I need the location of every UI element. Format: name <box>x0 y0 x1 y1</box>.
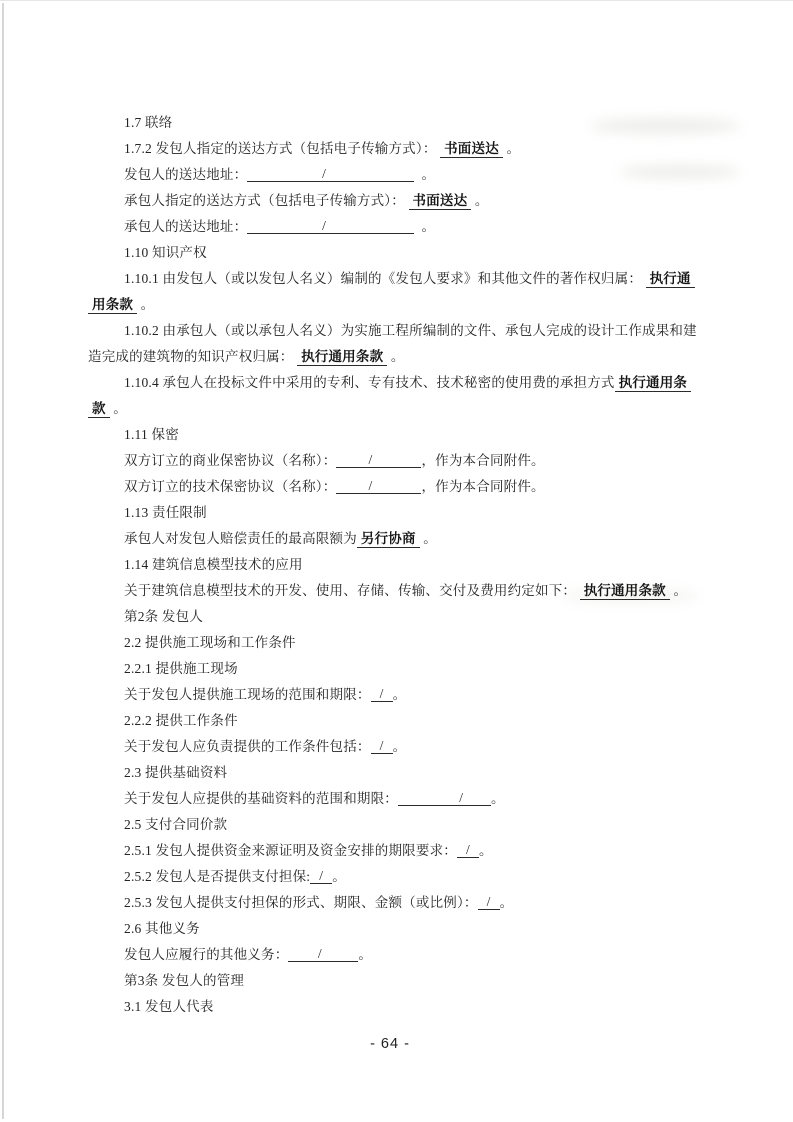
contract-line: 1.7 联络 <box>0 110 793 136</box>
contract-line: 2.5.1 发包人提供资金来源证明及资金安排的期限要求：/。 <box>0 838 793 864</box>
filled-value: 执行通用条款 <box>580 583 670 600</box>
text-run: 。 <box>332 869 346 884</box>
text-run: 2.3 提供基础资料 <box>124 765 227 780</box>
blank-fill-field: / <box>288 946 358 962</box>
contract-line: 2.6 其他义务 <box>0 916 793 942</box>
page-number: - 64 - <box>0 1031 780 1057</box>
slash-mark: / <box>380 686 384 702</box>
text-run: ，作为本合同附件。 <box>421 453 544 468</box>
contract-line: 关于发包人应负责提供的工作条件包括：/。 <box>0 734 793 760</box>
text-run: 1.10.1 由发包人（或以发包人名义）编制的《发包人要求》和其他文件的著作权归… <box>124 271 646 286</box>
filled-value: 执行通用条款 <box>297 349 387 366</box>
contract-line: 1.11 保密 <box>0 422 793 448</box>
text-run: 。 <box>358 947 372 962</box>
blank-fill-field: / <box>457 842 479 858</box>
text-run: 2.5.2 发包人是否提供支付担保: <box>124 869 310 884</box>
filled-value: 款 <box>88 401 110 418</box>
text-run: 发包人应履行的其他义务： <box>124 947 288 962</box>
text-run: 1.13 责任限制 <box>124 505 207 520</box>
contract-line: 承包人对发包人赔偿责任的最高限额为另行协商 。 <box>0 526 793 552</box>
filled-value: 书面送达 <box>409 193 472 210</box>
text-run: ，作为本合同附件。 <box>421 479 544 494</box>
text-run: 。 <box>110 401 127 416</box>
text-run: 1.10.2 由承包人（或以承包人名义）为实施工程所编制的文件、承包人完成的设计… <box>124 323 697 338</box>
slash-mark: / <box>322 166 326 182</box>
blank-fill-field: / <box>247 218 414 234</box>
contract-line: 关于发包人应提供的基础资料的范围和期限：/。 <box>0 786 793 812</box>
contract-line: 关于发包人提供施工现场的范围和期限：/。 <box>0 682 793 708</box>
text-run: 。 <box>137 297 154 312</box>
text-run: 2.2.2 提供工作条件 <box>124 713 238 728</box>
text-run: 1.11 保密 <box>124 427 179 442</box>
contract-line: 2.5.2 发包人是否提供支付担保:/。 <box>0 864 793 890</box>
text-run: 双方订立的技术保密协议（名称）： <box>124 479 336 494</box>
text-run: 1.14 建筑信息模型技术的应用 <box>124 557 303 572</box>
contract-line: 关于建筑信息模型技术的开发、使用、存储、传输、交付及费用约定如下： 执行通用条款… <box>0 578 793 604</box>
contract-line: 第2条 发包人 <box>0 604 793 630</box>
text-run: 造完成的建筑物的知识产权归属： <box>88 349 297 364</box>
text-run: 关于发包人提供施工现场的范围和期限： <box>124 687 371 702</box>
contract-line: 款 。 <box>0 396 793 422</box>
slash-mark: / <box>380 738 384 754</box>
text-run: 第3条 发包人的管理 <box>124 973 244 988</box>
text-run: 关于建筑信息模型技术的开发、使用、存储、传输、交付及费用约定如下： <box>124 583 580 598</box>
blank-fill-field: / <box>478 894 500 910</box>
blank-fill-field: / <box>336 452 421 468</box>
text-run: 双方订立的商业保密协议（名称）： <box>124 453 336 468</box>
blank-fill-field: / <box>310 868 332 884</box>
text-run: 1.7.2 发包人指定的送达方式（包括电子传输方式）： <box>124 141 440 156</box>
text-run: 。 <box>414 219 435 234</box>
text-run: 。 <box>503 141 520 156</box>
text-run: 承包人指定的送达方式（包括电子传输方式）： <box>124 193 409 208</box>
contract-line: 发包人应履行的其他义务：/。 <box>0 942 793 968</box>
document-body: 1.7 联络1.7.2 发包人指定的送达方式（包括电子传输方式）： 书面送达 。… <box>0 110 793 1020</box>
text-run: 。 <box>420 531 437 546</box>
contract-line: 双方订立的技术保密协议（名称）：/，作为本合同附件。 <box>0 474 793 500</box>
text-run: 2.5 支付合同价款 <box>124 817 227 832</box>
text-run: 2.5.1 发包人提供资金来源证明及资金安排的期限要求： <box>124 843 457 858</box>
slash-mark: / <box>487 894 491 910</box>
slash-mark: / <box>322 218 326 234</box>
contract-line: 1.7.2 发包人指定的送达方式（包括电子传输方式）： 书面送达 。 <box>0 136 793 162</box>
contract-line: 2.2 提供施工现场和工作条件 <box>0 630 793 656</box>
text-run: 1.7 联络 <box>124 115 172 130</box>
contract-line: 承包人指定的送达方式（包括电子传输方式）： 书面送达 。 <box>0 188 793 214</box>
contract-line: 1.10.1 由发包人（或以发包人名义）编制的《发包人要求》和其他文件的著作权归… <box>0 266 793 292</box>
blank-fill-field: / <box>371 738 393 754</box>
contract-line: 第3条 发包人的管理 <box>0 968 793 994</box>
text-run: 。 <box>500 895 514 910</box>
slash-mark: / <box>368 478 372 494</box>
text-run: 。 <box>393 739 407 754</box>
slash-mark: / <box>319 868 323 884</box>
slash-mark: / <box>368 452 372 468</box>
text-run: 承包人对发包人赔偿责任的最高限额为 <box>124 531 357 546</box>
contract-line: 2.3 提供基础资料 <box>0 760 793 786</box>
text-run: 发包人的送达地址： <box>124 167 247 182</box>
text-run: 。 <box>491 791 505 806</box>
blank-fill-field: / <box>336 478 421 494</box>
contract-line: 2.2.2 提供工作条件 <box>0 708 793 734</box>
text-run: 。 <box>479 843 493 858</box>
text-run: 关于发包人应负责提供的工作条件包括： <box>124 739 371 754</box>
contract-line: 3.1 发包人代表 <box>0 994 793 1020</box>
text-run: 。 <box>414 167 435 182</box>
filled-value: 书面送达 <box>440 141 503 158</box>
blank-fill-field: / <box>398 790 491 806</box>
filled-value: 另行协商 <box>357 531 420 548</box>
contract-line: 2.2.1 提供施工现场 <box>0 656 793 682</box>
text-run: 关于发包人应提供的基础资料的范围和期限： <box>124 791 398 806</box>
contract-line: 用条款 。 <box>0 292 793 318</box>
contract-line: 承包人的送达地址：/ 。 <box>0 214 793 240</box>
filled-value: 执行通 <box>646 271 695 288</box>
contract-line: 1.13 责任限制 <box>0 500 793 526</box>
text-run: 。 <box>670 583 687 598</box>
text-run: 第2条 发包人 <box>124 609 203 624</box>
text-run: 。 <box>387 349 404 364</box>
contract-line: 2.5.3 发包人提供支付担保的形式、期限、金额（或比例）：/。 <box>0 890 793 916</box>
slash-mark: / <box>459 790 463 806</box>
contract-line: 1.14 建筑信息模型技术的应用 <box>0 552 793 578</box>
text-run: 1.10 知识产权 <box>124 245 207 260</box>
text-run: 2.2.1 提供施工现场 <box>124 661 238 676</box>
text-run: 。 <box>471 193 488 208</box>
scanned-contract-page: { "page": { "number": "- 64 -", "backgro… <box>0 0 793 1122</box>
filled-value: 用条款 <box>88 297 137 314</box>
scan-top-edge <box>0 0 793 1</box>
slash-mark: / <box>466 842 470 858</box>
filled-value: 执行通用条 <box>615 375 692 392</box>
contract-line: 造完成的建筑物的知识产权归属： 执行通用条款 。 <box>0 344 793 370</box>
contract-line: 1.10.2 由承包人（或以承包人名义）为实施工程所编制的文件、承包人完成的设计… <box>0 318 793 344</box>
text-run: 3.1 发包人代表 <box>124 999 214 1014</box>
contract-line: 双方订立的商业保密协议（名称）：/，作为本合同附件。 <box>0 448 793 474</box>
text-run: 1.10.4 承包人在投标文件中采用的专利、专有技术、技术秘密的使用费的承担方式 <box>124 375 615 390</box>
slash-mark: / <box>318 946 322 962</box>
text-run: 2.5.3 发包人提供支付担保的形式、期限、金额（或比例）： <box>124 895 478 910</box>
contract-line: 1.10.4 承包人在投标文件中采用的专利、专有技术、技术秘密的使用费的承担方式… <box>0 370 793 396</box>
contract-line: 1.10 知识产权 <box>0 240 793 266</box>
text-run: 承包人的送达地址： <box>124 219 247 234</box>
text-run: 2.2 提供施工现场和工作条件 <box>124 635 296 650</box>
blank-fill-field: / <box>247 166 414 182</box>
text-run: 。 <box>393 687 407 702</box>
blank-fill-field: / <box>371 686 393 702</box>
contract-line: 发包人的送达地址：/ 。 <box>0 162 793 188</box>
contract-line: 2.5 支付合同价款 <box>0 812 793 838</box>
text-run: 2.6 其他义务 <box>124 921 200 936</box>
